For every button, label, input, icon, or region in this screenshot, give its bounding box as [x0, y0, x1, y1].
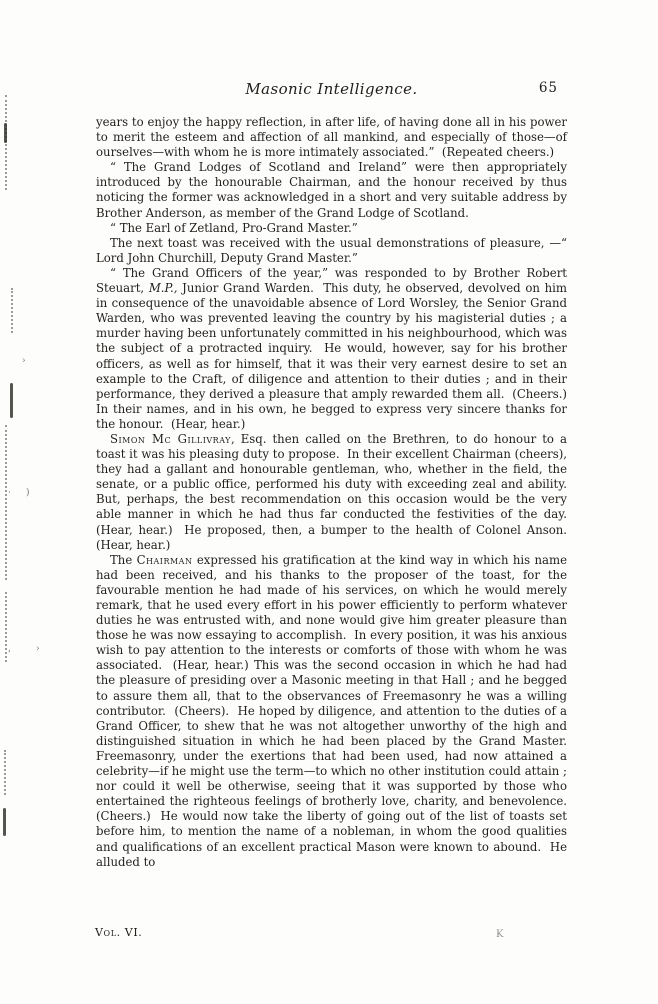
- paragraph-text: The next toast was received with the usu…: [96, 236, 571, 265]
- paragraph-italic-abbreviation: M.P.,: [149, 281, 178, 295]
- paragraph: The Chairman expressed his gratification…: [96, 553, 567, 870]
- scan-artifact: ): [26, 488, 30, 498]
- paragraph-text: “ The Earl of Zetland, Pro-Grand Master.…: [110, 221, 358, 235]
- scanned-book-page: › · ) , › Masonic Intelligence. 65 years…: [0, 0, 658, 1004]
- paragraph-toast: The next toast was received with the usu…: [96, 236, 567, 266]
- paragraph-text: expressed his gratification at the kind …: [96, 553, 574, 869]
- scan-artifact: [5, 592, 7, 662]
- scan-artifact: ›: [36, 644, 40, 654]
- scan-artifact: [11, 288, 13, 333]
- page-number: 65: [539, 80, 558, 96]
- paragraph-text: The: [110, 553, 137, 567]
- speaker-name: Simon Mc Gillivray: [110, 432, 231, 446]
- paragraph-text: Junior Grand Warden. This duty, he obser…: [96, 281, 571, 431]
- paragraph-text: years to enjoy the happy reflection, in …: [96, 115, 571, 159]
- scan-artifact: [4, 750, 6, 795]
- paragraph-continuation: years to enjoy the happy reflection, in …: [96, 115, 567, 160]
- paragraph-text: “ The Grand Lodges of Scotland and Irela…: [96, 160, 571, 219]
- paragraph-toast: “ The Earl of Zetland, Pro-Grand Master.…: [96, 221, 567, 236]
- text-block: Masonic Intelligence. 65 years to enjoy …: [96, 79, 567, 870]
- scan-artifact: ·: [8, 488, 11, 498]
- scan-artifact: [5, 425, 7, 580]
- paragraph: “ The Grand Lodges of Scotland and Irela…: [96, 160, 567, 220]
- page-header: Masonic Intelligence. 65: [96, 79, 567, 99]
- paragraph: Simon Mc Gillivray, Esq. then called on …: [96, 432, 567, 553]
- paragraph: “ The Grand Officers of the year,” was r…: [96, 266, 567, 432]
- paragraph-text: , Esq. then called on the Brethren, to d…: [96, 432, 574, 552]
- scan-artifact: [4, 123, 7, 143]
- scan-artifact: [10, 383, 13, 418]
- body-text: years to enjoy the happy reflection, in …: [96, 115, 567, 870]
- scan-artifact: ,: [8, 644, 11, 654]
- scan-artifact: [5, 95, 7, 190]
- scan-artifact: [3, 808, 6, 836]
- volume-signature: Vol. VI.: [95, 926, 142, 939]
- running-title: Masonic Intelligence.: [245, 80, 417, 98]
- speaker-name: Chairman: [137, 553, 193, 567]
- catchword: K: [496, 929, 503, 940]
- scan-artifact: ›: [22, 356, 26, 366]
